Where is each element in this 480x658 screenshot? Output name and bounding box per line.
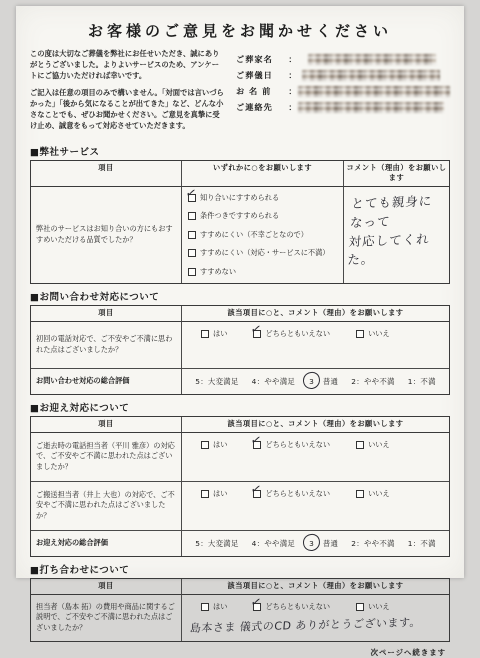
col-header-comment: コメント（理由）をお願いします	[343, 161, 449, 187]
checkbox-icon: ✓	[253, 330, 261, 338]
pickup-answer-cell-2: はい ✓ どちらともいえない いいえ	[181, 481, 449, 530]
section-heading-pickup: ■お迎え対応について	[30, 400, 450, 414]
yes-neutral-no-row: はい ✓ どちらともいえない いいえ	[187, 325, 444, 341]
option-label: すすめにくい（不幸ごとなので）	[200, 230, 308, 240]
checkbox-icon	[201, 441, 209, 449]
pickup-table: 項目 該当項目に○と、コメント（理由）をお願いします ご逝去時の電話担当者（平川…	[30, 416, 450, 557]
scale-2: 2：やや不満	[351, 376, 394, 387]
checkbox-icon	[356, 330, 364, 338]
answer-neutral: ✓ どちらともいえない	[253, 440, 330, 450]
pickup-question-2: ご搬送担当者（井上 大也）の対応で、ご不安やご不満に思われた点はございましたか？	[31, 481, 181, 530]
inquiry-eval-label: お問い合わせ対応の総合評価	[31, 368, 181, 394]
redacted-contact	[298, 102, 444, 113]
deceased-info-fields: ご葬家名 ： ご葬儀日 ： お 名 前 ： ご連絡先 ：	[236, 49, 450, 138]
rating-scale: 5：大変満足 4：やや満足 3 普通 2：やや不満 1：不満	[187, 534, 444, 553]
survey-form-page: お客様のご意見をお聞かせください この度は大切なご葬儀を弊社にお任せいただき、誠…	[16, 6, 464, 578]
answer-yes: はい	[201, 489, 227, 499]
yes-neutral-no-row: はい ✓ どちらともいえない いいえ	[187, 485, 444, 501]
section-heading-meeting: ■打ち合わせについて	[30, 562, 450, 576]
inquiry-table: 項目 該当項目に○と、コメント（理由）をお願いします 初回の電話対応で、ご不安や…	[30, 305, 450, 395]
inquiry-question: 初回の電話対応で、ご不安やご不満に思われた点はございましたか？	[31, 322, 181, 368]
contact-field: ご連絡先 ：	[236, 99, 450, 115]
checkbox-icon	[188, 212, 196, 220]
option-label: すすめない	[200, 267, 236, 277]
redacted-funeral-date	[302, 70, 440, 81]
answer-label: いいえ	[368, 489, 390, 499]
answer-label: いいえ	[368, 329, 390, 339]
pickup-eval-cell: 5：大変満足 4：やや満足 3 普通 2：やや不満 1：不満	[181, 530, 449, 556]
scale-3: 3 普通	[308, 376, 338, 387]
redacted-respondent-name	[298, 86, 450, 97]
respondent-name-label: お 名 前	[236, 86, 288, 97]
answer-label: いいえ	[368, 440, 390, 450]
funeral-date-field: ご葬儀日 ：	[236, 67, 450, 83]
scale-4: 4：やや満足	[252, 538, 295, 549]
option-label: すすめにくい（対応・サービスに不満）	[200, 248, 329, 258]
col-header-item: 項目	[31, 161, 181, 187]
meeting-answer-cell: はい ✓ どちらともいえない いいえ 島本さま 儀式のCD ありがとうございます…	[181, 595, 449, 600]
intro-paragraph-1: この度は大切なご葬儀を弊社にお任せいただき、誠にありがとうございました。よりよい…	[30, 49, 226, 82]
option-label: 条件つきですすめられる	[200, 211, 279, 221]
service-comment-cell: とても親身になって 対応してくれた。	[343, 187, 449, 283]
answer-label: はい	[213, 329, 227, 339]
intro-text: この度は大切なご葬儀を弊社にお任せいただき、誠にありがとうございました。よりよい…	[30, 49, 226, 138]
answer-label: どちらともいえない	[265, 489, 330, 499]
option-recommend-conditional: 条件つきですすめられる	[188, 211, 337, 221]
section-heading-inquiry: ■お問い合わせ対応について	[30, 289, 450, 303]
circled-rating-mark: 3	[308, 539, 315, 548]
answer-no: いいえ	[356, 329, 390, 339]
rating-scale: 5：大変満足 4：やや満足 3 普通 2：やや不満 1：不満	[187, 372, 444, 391]
answer-label: はい	[213, 489, 227, 499]
col-header-item: 項目	[31, 417, 181, 433]
family-name-field: ご葬家名 ：	[236, 51, 450, 67]
colon: ：	[288, 86, 298, 97]
funeral-date-label: ご葬儀日	[236, 70, 288, 81]
colon: ：	[288, 54, 298, 65]
col-header-item: 項目	[31, 579, 181, 595]
pickup-answer-cell-1: はい ✓ どちらともいえない いいえ	[181, 433, 449, 481]
checkbox-icon	[356, 441, 364, 449]
checkbox-icon: ✓	[188, 194, 196, 202]
service-question: 弊社のサービスはお知り合いの方にもおすすめいただける品質でしたか？	[31, 187, 181, 283]
redacted-family-name	[308, 54, 436, 65]
contact-label: ご連絡先	[236, 102, 288, 113]
scale-5: 5：大変満足	[195, 538, 238, 549]
colon: ：	[288, 102, 298, 113]
answer-neutral: ✓ どちらともいえない	[253, 489, 330, 499]
option-hard-dissatisfied: すすめにくい（対応・サービスに不満）	[188, 248, 337, 258]
service-options: ✓ 知り合いにすすめられる 条件つきですすめられる すすめにくい（不幸ごとなので…	[181, 187, 343, 283]
option-not-recommend: すすめない	[188, 267, 337, 277]
answer-label: どちらともいえない	[265, 440, 330, 450]
scale-1: 1：不満	[408, 376, 436, 387]
col-header-choice: いずれかに○をお願いします	[181, 161, 343, 187]
service-table: 項目 いずれかに○をお願いします コメント（理由）をお願いします 弊社のサービス…	[30, 160, 450, 284]
colon: ：	[288, 70, 298, 81]
checkbox-icon	[201, 490, 209, 498]
checkbox-icon	[201, 330, 209, 338]
check-icon: ✓	[184, 185, 197, 200]
page-title: お客様のご意見をお聞かせください	[30, 20, 450, 41]
respondent-name-field: お 名 前 ：	[236, 83, 450, 99]
check-icon: ✓	[250, 321, 263, 336]
circled-rating-mark: 3	[308, 377, 315, 386]
col-header-item: 項目	[31, 306, 181, 322]
inquiry-eval-cell: 5：大変満足 4：やや満足 3 普通 2：やや不満 1：不満	[181, 368, 449, 394]
meeting-question: 担当者（島本 拓）の費用や商品に関するご説明で、ご不安やご不満に思われた点はござ…	[31, 595, 181, 600]
checkbox-icon: ✓	[253, 490, 261, 498]
scale-3: 3 普通	[308, 538, 338, 549]
check-icon: ✓	[250, 432, 263, 447]
answer-label: どちらともいえない	[265, 329, 330, 339]
handwritten-comment: とても親身になって 対応してくれた。	[347, 191, 445, 269]
scale-4: 4：やや満足	[252, 376, 295, 387]
check-icon: ✓	[250, 594, 263, 600]
meeting-table: 項目 該当項目に○と、コメント（理由）をお願いします 担当者（島本 拓）の費用や…	[30, 578, 450, 600]
intro-block: この度は大切なご葬儀を弊社にお任せいただき、誠にありがとうございました。よりよい…	[30, 49, 450, 138]
pickup-eval-label: お迎え対応の総合評価	[31, 530, 181, 556]
answer-neutral: ✓ どちらともいえない	[253, 329, 330, 339]
col-header-answer: 該当項目に○と、コメント（理由）をお願いします	[181, 579, 449, 595]
answer-no: いいえ	[356, 489, 390, 499]
option-recommend: ✓ 知り合いにすすめられる	[188, 193, 337, 203]
option-label: 知り合いにすすめられる	[200, 193, 279, 203]
section-heading-service: ■弊社サービス	[30, 144, 450, 158]
check-icon: ✓	[250, 481, 263, 496]
option-hard-misfortune: すすめにくい（不幸ごとなので）	[188, 230, 337, 240]
checkbox-icon	[188, 249, 196, 257]
pickup-question-1: ご逝去時の電話担当者（平川 雅彦）の対応で、ご不安やご不満に思われた点はございま…	[31, 433, 181, 481]
answer-yes: はい	[201, 440, 227, 450]
checkbox-icon	[356, 490, 364, 498]
yes-neutral-no-row: はい ✓ どちらともいえない いいえ	[187, 436, 444, 452]
inquiry-answer-cell: はい ✓ どちらともいえない いいえ	[181, 322, 449, 368]
col-header-answer: 該当項目に○と、コメント（理由）をお願いします	[181, 417, 449, 433]
scale-2: 2：やや不満	[351, 538, 394, 549]
scale-1: 1：不満	[408, 538, 436, 549]
family-name-label: ご葬家名	[236, 54, 288, 65]
answer-yes: はい	[201, 329, 227, 339]
checkbox-icon: ✓	[253, 441, 261, 449]
checkbox-icon	[188, 231, 196, 239]
intro-paragraph-2: ご記入は任意の項目のみで構いません。「対面では言いづらかった」「後から気になるこ…	[30, 88, 226, 132]
scale-5: 5：大変満足	[195, 376, 238, 387]
checkbox-icon	[188, 268, 196, 276]
answer-label: はい	[213, 440, 227, 450]
answer-no: いいえ	[356, 440, 390, 450]
col-header-answer: 該当項目に○と、コメント（理由）をお願いします	[181, 306, 449, 322]
